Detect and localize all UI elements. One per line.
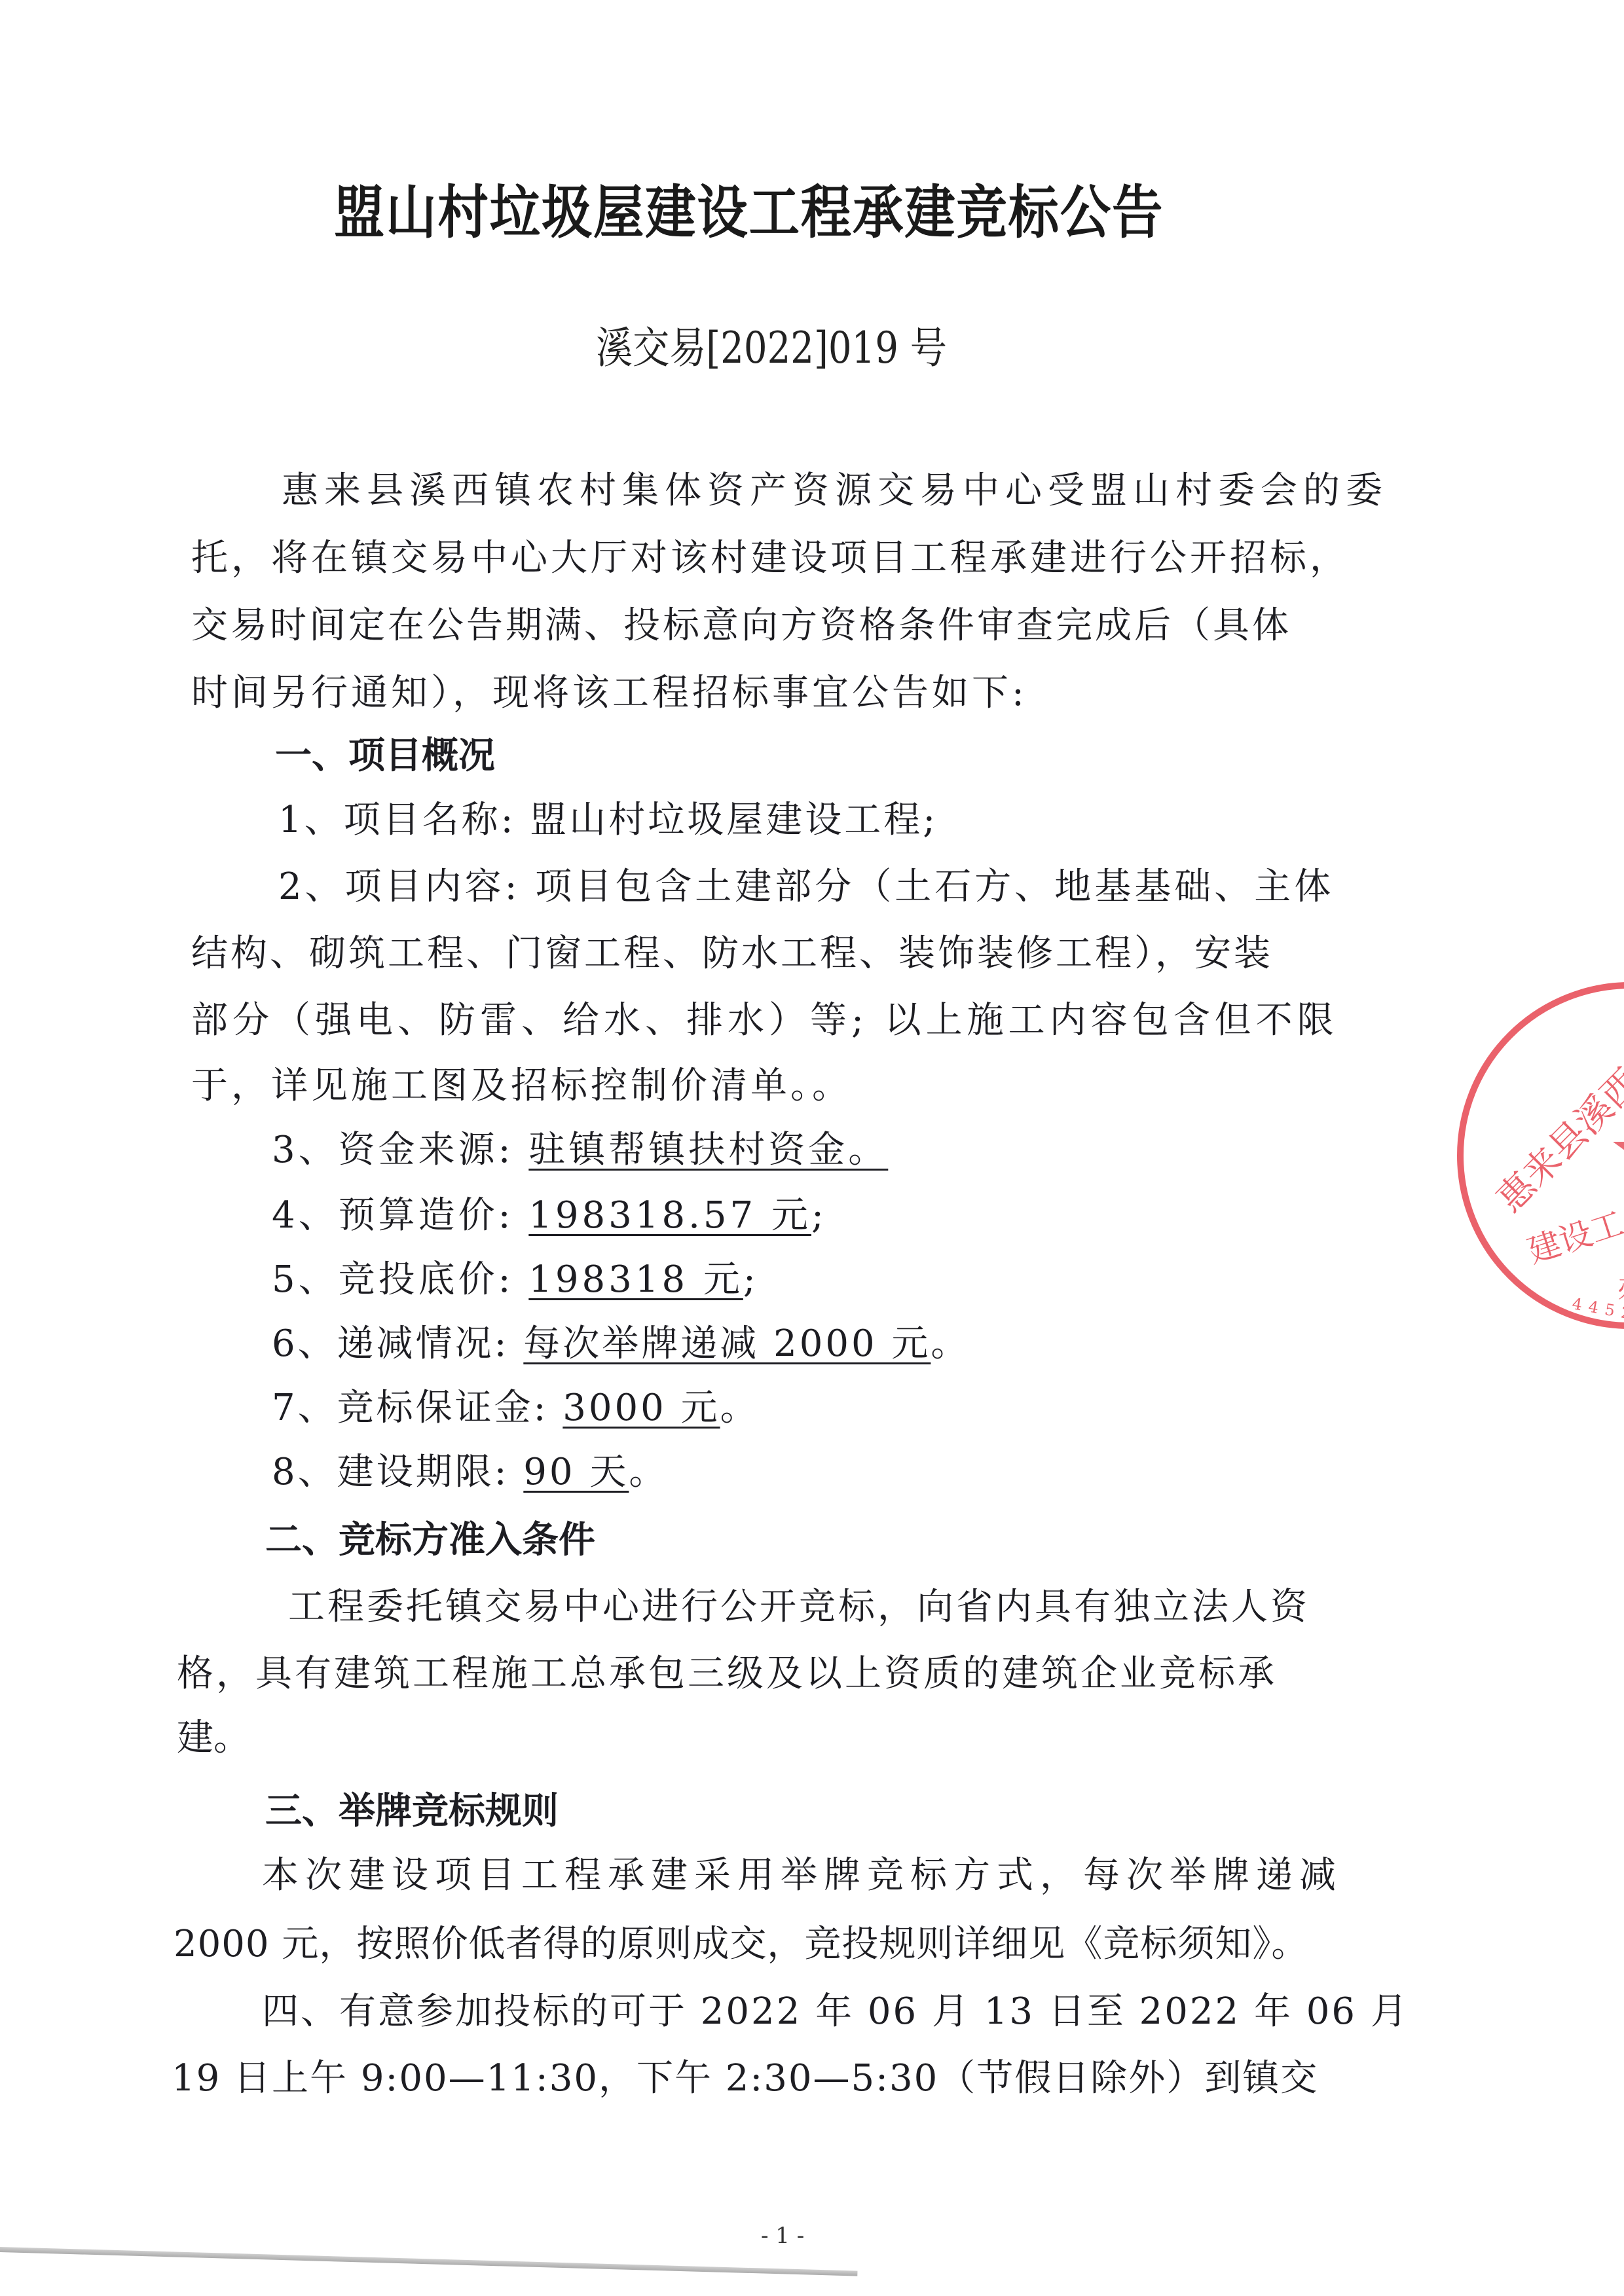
item-project-content-line: 部分（强电、防雷、给水、排水）等; 以上施工内容包含但不限 <box>191 991 1338 1044</box>
item-project-content-line: 于，详见施工图及招标控制价清单。。 <box>191 1057 852 1109</box>
document-page: 盟山村垃圾屋建设工程承建竞标公告 溪交易[2022]019 号 惠来县溪西镇农村… <box>0 0 1624 2296</box>
item-construction-period: 8、建设期限: 90 天。 <box>272 1443 668 1495</box>
official-seal-stamp: ★ 惠来县溪西镇农村集体 建设工 办 44521 <box>1457 982 1624 1329</box>
item-value: 3000 元 <box>563 1387 720 1429</box>
item-value: 每次举牌递减 2000 元 <box>523 1322 931 1365</box>
seal-arc-text: 惠来县溪西镇农村集体 <box>1483 926 1624 1222</box>
rules-line: 2000 元，按照价低者得的原则成交，竞投规则详细见《竞标须知》。 <box>174 1915 1308 1967</box>
item-label: 4、预算造价: <box>272 1194 528 1237</box>
intro-line: 交易时间定在公告期满、投标意向方资格条件审查完成后（具体 <box>191 596 1291 649</box>
document-title: 盟山村垃圾屋建设工程承建竞标公告 <box>334 167 1181 249</box>
item-suffix: 。 <box>720 1387 760 1429</box>
item-project-content-line: 结构、砌筑工程、门窗工程、防水工程、装饰装修工程），安装 <box>191 924 1273 977</box>
item-value: 90 天 <box>523 1451 629 1493</box>
scan-edge-shadow <box>0 2247 857 2276</box>
registration-line: 四、有意参加投标的可于 2022 年 06 月 13 日至 2022 年 06 … <box>262 1982 1409 2035</box>
seal-code: 44521 <box>1571 1294 1624 1327</box>
document-number: 溪交易[2022]019 号 <box>596 313 947 375</box>
item-label: 3、资金来源: <box>272 1129 528 1171</box>
item-label: 5、竞投底价: <box>272 1258 528 1301</box>
section-heading-overview: 一、项目概况 <box>275 727 495 779</box>
item-decrement: 6、递减情况: 每次举牌递减 2000 元。 <box>272 1315 970 1367</box>
item-label: 1、项目名称: <box>278 799 530 841</box>
eligibility-line: 工程委托镇交易中心进行公开竞标，向省内具有独立法人资 <box>288 1578 1310 1630</box>
item-funding-source: 3、资金来源: 驻镇帮镇扶村资金。 <box>272 1121 888 1173</box>
intro-line: 时间另行通知），现将该工程招标事宜公告如下: <box>191 664 1027 716</box>
item-suffix: 。 <box>931 1322 970 1365</box>
item-suffix: ; <box>811 1194 827 1237</box>
item-label: 7、竞标保证金: <box>272 1387 563 1429</box>
intro-line: 惠来县溪西镇农村集体资产资源交易中心受盟山村委会的委 <box>282 462 1388 514</box>
item-project-content-line: 2、项目内容: 项目包含土建部分（土石方、地基基础、主体 <box>278 858 1334 910</box>
item-suffix: ; <box>743 1258 759 1301</box>
item-budget-price: 4、预算造价: 198318.57 元; <box>272 1186 827 1239</box>
item-reserve-price: 5、竞投底价: 198318 元; <box>272 1250 759 1303</box>
item-value: 198318.57 元 <box>528 1194 811 1237</box>
seal-inner-text: 建设工 <box>1521 1197 1624 1273</box>
eligibility-line: 建。 <box>177 1709 250 1761</box>
item-deposit: 7、竞标保证金: 3000 元。 <box>272 1379 760 1431</box>
registration-line: 19 日上午 9:00—11:30，下午 2:30—5:30（节假日除外）到镇交 <box>172 2049 1318 2102</box>
item-value: 198318 元 <box>528 1258 743 1301</box>
rules-line: 本次建设项目工程承建采用举牌竞标方式，每次举牌递减 <box>262 1846 1342 1899</box>
item-label: 8、建设期限: <box>272 1451 523 1493</box>
section-heading-rules: 三、举牌竞标规则 <box>265 1782 559 1834</box>
section-heading-eligibility: 二、竞标方准入条件 <box>265 1511 595 1563</box>
intro-line: 托，将在镇交易中心大厅对该村建设项目工程承建进行公开招标， <box>191 529 1350 581</box>
item-value: 驻镇帮镇扶村资金。 <box>528 1129 888 1171</box>
page-number: - 1 - <box>761 2223 804 2249</box>
item-suffix: 。 <box>629 1451 668 1493</box>
item-value: 盟山村垃圾屋建设工程; <box>530 799 938 841</box>
item-project-name: 1、项目名称: 盟山村垃圾屋建设工程; <box>278 791 938 843</box>
seal-bottom-char: 办 <box>1617 1264 1624 1305</box>
eligibility-line: 格，具有建筑工程施工总承包三级及以上资质的建筑企业竞标承 <box>177 1645 1277 1697</box>
item-label: 6、递减情况: <box>272 1322 523 1365</box>
